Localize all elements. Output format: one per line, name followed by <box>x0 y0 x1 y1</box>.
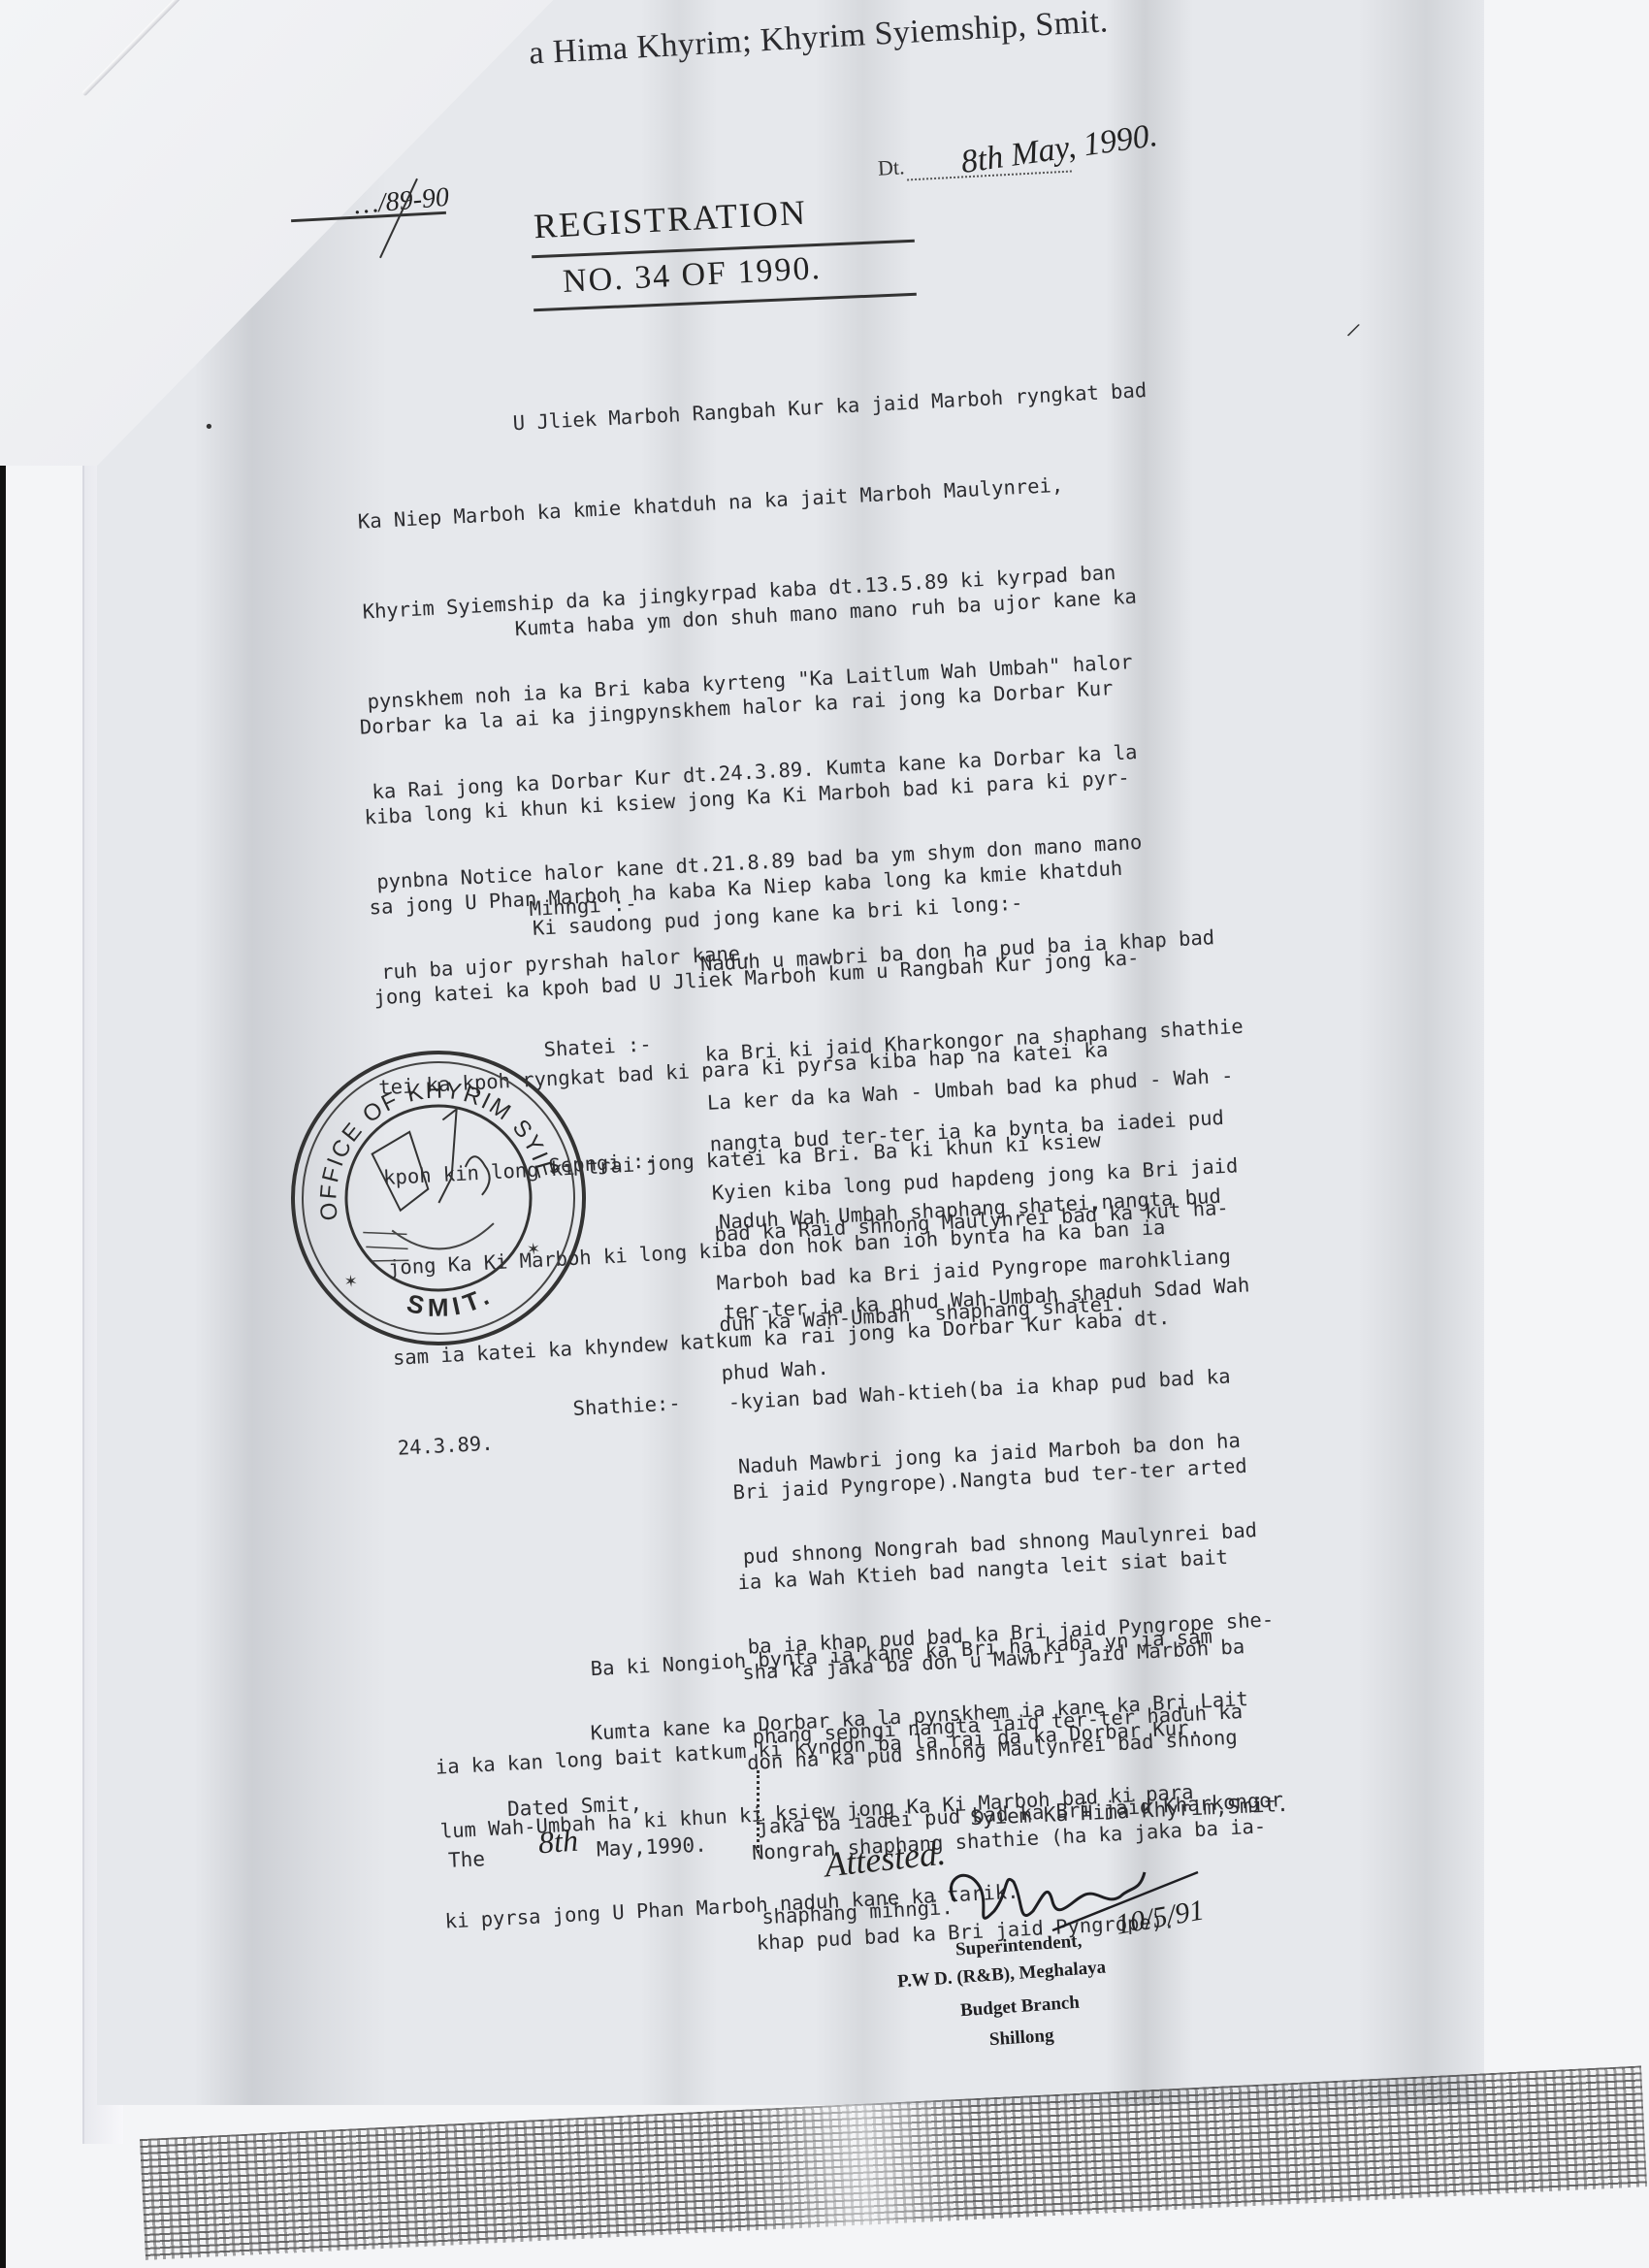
paragraph-line: Dorbar ka la ai ka jingpynskhem halor ka… <box>359 672 1142 743</box>
boundary-line: Naduh Mawbri jong ka jaid Marboh ba don … <box>737 1424 1265 1481</box>
stamp-line-city: Shillong <box>988 2025 1054 2052</box>
margin-smudge: • <box>204 417 214 437</box>
boundary-line: ter-ter ia ka phud Wah-Umbah shaduh Sdad… <box>723 1270 1250 1327</box>
dotted-divider <box>757 1770 762 1853</box>
paragraph-line: kiba long ki khun ki ksiew jong Ka Ki Ma… <box>364 761 1147 832</box>
svg-text:SMIT.: SMIT. <box>402 1279 500 1325</box>
dated-prefix: The <box>447 1847 485 1872</box>
paragraph-line: Kumta kane ka Dorbar ka la pynskhem ia k… <box>435 1684 1248 1757</box>
svg-text:✶: ✶ <box>344 1268 358 1292</box>
seal-emblem-icon: OFFICE OF KHYRIM SYIEMSHIP SMIT. ✶ ✶ <box>273 1032 604 1364</box>
svg-text:✶: ✶ <box>527 1236 540 1260</box>
paragraph-line: U Jliek Marboh Rangbah Kur ka jaid Marbo… <box>352 375 1148 447</box>
boundary-line: La ker da ka Wah - Umbah bad ka phud - W… <box>706 1060 1234 1118</box>
date-label: Dt. <box>877 154 905 180</box>
svg-text:OFFICE OF KHYRIM SYIEMSHIP: OFFICE OF KHYRIM SYIEMSHIP <box>273 1032 561 1224</box>
dated-day: 8th <box>537 1823 579 1862</box>
dated-month-year: May,1990. <box>597 1833 708 1862</box>
paragraph-line: Kumta haba ym don shuh mano mano ruh ba … <box>354 582 1137 653</box>
boundary-line: Naduh Wah Umbah shaphang shatei,nangta b… <box>718 1180 1245 1237</box>
official-seal: OFFICE OF KHYRIM SYIEMSHIP SMIT. ✶ ✶ <box>273 1032 604 1364</box>
boundary-line: Naduh u mawbri ba don ha pud ba ia khap … <box>699 922 1239 980</box>
